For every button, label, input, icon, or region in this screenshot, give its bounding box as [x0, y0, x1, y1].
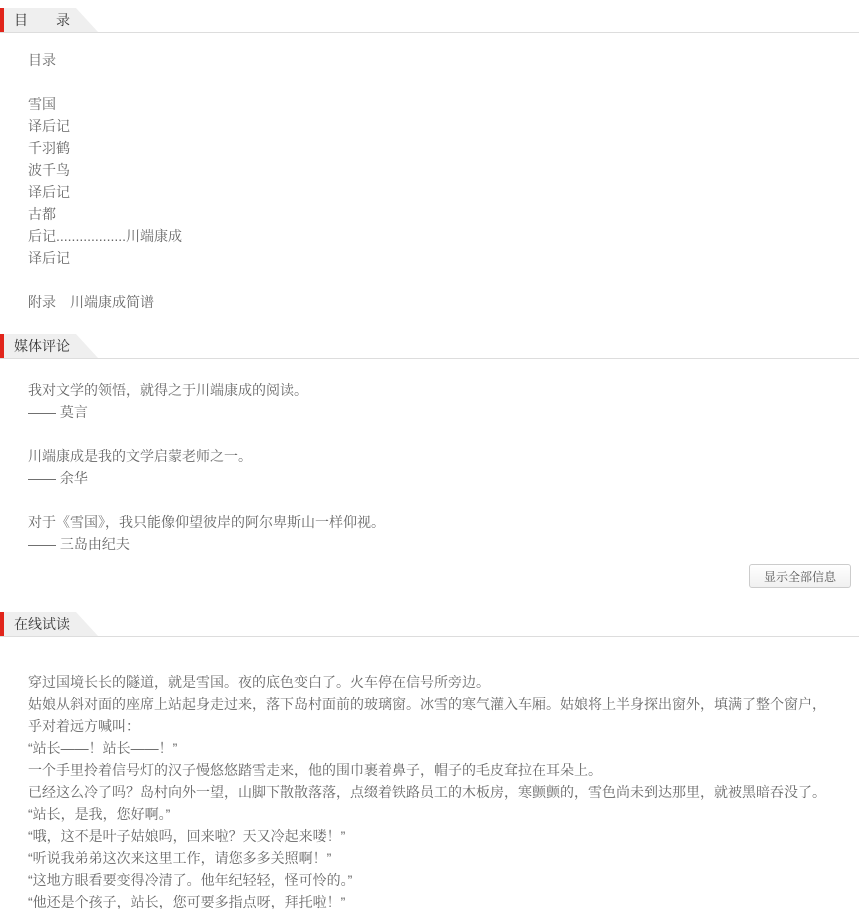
red-accent-bar [0, 334, 4, 358]
text-line: “哦，这不是叶子姑娘吗，回来啦？天又冷起来喽！” [28, 825, 823, 847]
text-line: 千羽鹤 [28, 137, 823, 159]
text-line: 姑娘从斜对面的座席上站起身走过来，落下岛村面前的玻璃窗。冰雪的寒气灌入车厢。姑娘… [28, 693, 823, 715]
tab-slant-edge [76, 334, 98, 358]
text-line: 译后记 [28, 247, 823, 269]
text-line: 雪国 [28, 93, 823, 115]
section-header-toc: 目 录 [0, 8, 859, 33]
text-line [28, 423, 823, 445]
tab-slant-edge [76, 8, 98, 32]
text-line: 后记..................川端康成 [28, 225, 823, 247]
section-tab-preview: 在线试读 [4, 612, 859, 636]
section-header-preview: 在线试读 [0, 612, 859, 637]
text-line [28, 71, 823, 93]
preview-lines: 穿过国境长长的隧道，就是雪国。夜的底色变白了。火车停在信号所旁边。姑娘从斜对面的… [28, 671, 823, 909]
text-line: 波千鸟 [28, 159, 823, 181]
red-accent-bar [0, 612, 4, 636]
text-line: “这地方眼看要变得冷清了。他年纪轻轻，怪可怜的。” [28, 869, 823, 891]
section-title-media: 媒体评论 [4, 334, 76, 358]
section-title-preview: 在线试读 [4, 612, 76, 636]
text-line: 附录 川端康成简谱 [28, 291, 823, 313]
text-line: “站长——！站长——！” [28, 737, 823, 759]
text-line: 川端康成是我的文学启蒙老师之一。 [28, 445, 823, 467]
text-line: 穿过国境长长的隧道，就是雪国。夜的底色变白了。火车停在信号所旁边。 [28, 671, 823, 693]
text-line: —— 三岛由纪夫 [28, 533, 823, 555]
text-line: 我对文学的领悟，就得之于川端康成的阅读。 [28, 379, 823, 401]
section-header-media: 媒体评论 [0, 334, 859, 359]
text-line: 乎对着远方喊叫： [28, 715, 823, 737]
text-line: “他还是个孩子，站长，您可要多指点呀，拜托啦！” [28, 891, 823, 909]
product-detail-page: 目 录 目录 雪国译后记千羽鹤波千鸟译后记古都后记...............… [0, 8, 859, 909]
text-line: “站长，是我，您好啊。” [28, 803, 823, 825]
text-line [28, 489, 823, 511]
text-line: —— 莫言 [28, 401, 823, 423]
red-accent-bar [0, 8, 4, 32]
text-line: 译后记 [28, 181, 823, 203]
text-line: 已经这么冷了吗？岛村向外一望，山脚下散散落落，点缀着铁路员工的木板房，寒颤颤的，… [28, 781, 823, 803]
tab-slant-edge [76, 612, 98, 636]
toc-lines: 目录 雪国译后记千羽鹤波千鸟译后记古都后记..................川… [28, 49, 823, 313]
text-line: 译后记 [28, 115, 823, 137]
text-line: 对于《雪国》，我只能像仰望彼岸的阿尔卑斯山一样仰视。 [28, 511, 823, 533]
section-title-toc: 目 录 [4, 8, 76, 32]
media-review-lines: 我对文学的领悟，就得之于川端康成的阅读。—— 莫言 川端康成是我的文学启蒙老师之… [28, 379, 823, 555]
text-line: “听说我弟弟这次来这里工作，请您多多关照啊！” [28, 847, 823, 869]
text-line: —— 余华 [28, 467, 823, 489]
text-line [28, 269, 823, 291]
text-line: 一个手里拎着信号灯的汉子慢悠悠踏雪走来，他的围巾裹着鼻子，帽子的毛皮耷拉在耳朵上… [28, 759, 823, 781]
show-all-info-button[interactable]: 显示全部信息 [749, 564, 851, 588]
section-tab-media: 媒体评论 [4, 334, 859, 358]
text-line: 古都 [28, 203, 823, 225]
section-tab-toc: 目 录 [4, 8, 859, 32]
button-row: 显示全部信息 [0, 564, 851, 588]
text-line: 目录 [28, 49, 823, 71]
